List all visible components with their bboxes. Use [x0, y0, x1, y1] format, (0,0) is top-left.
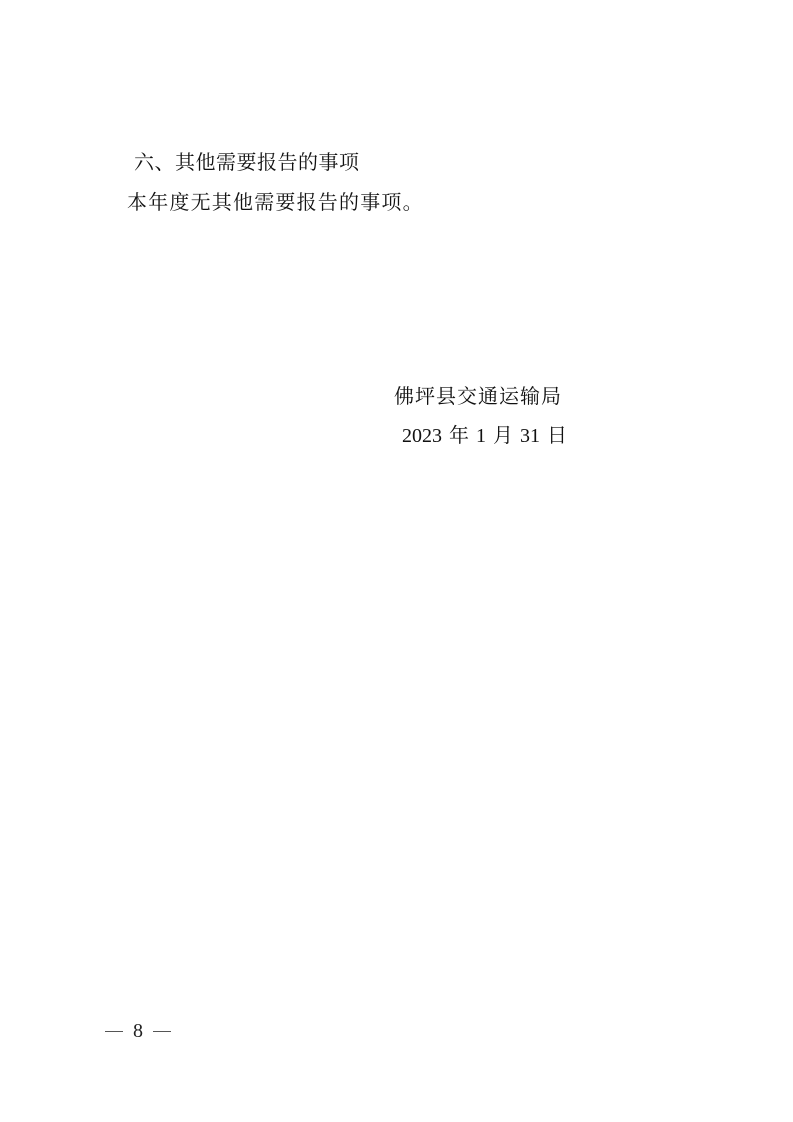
section-heading: 六、其他需要报告的事项	[134, 149, 360, 175]
signature-organization: 佛坪县交通运输局	[394, 383, 562, 409]
signature-date: 2023 年 1 月 31 日	[402, 423, 567, 449]
document-page: 六、其他需要报告的事项 本年度无其他需要报告的事项。 佛坪县交通运输局 2023…	[0, 0, 793, 1122]
right-dash-decoration	[153, 1031, 171, 1032]
body-paragraph: 本年度无其他需要报告的事项。	[127, 189, 424, 215]
page-number: 8	[133, 1018, 143, 1044]
left-dash-decoration	[105, 1031, 123, 1032]
page-footer: 8	[105, 1018, 171, 1044]
